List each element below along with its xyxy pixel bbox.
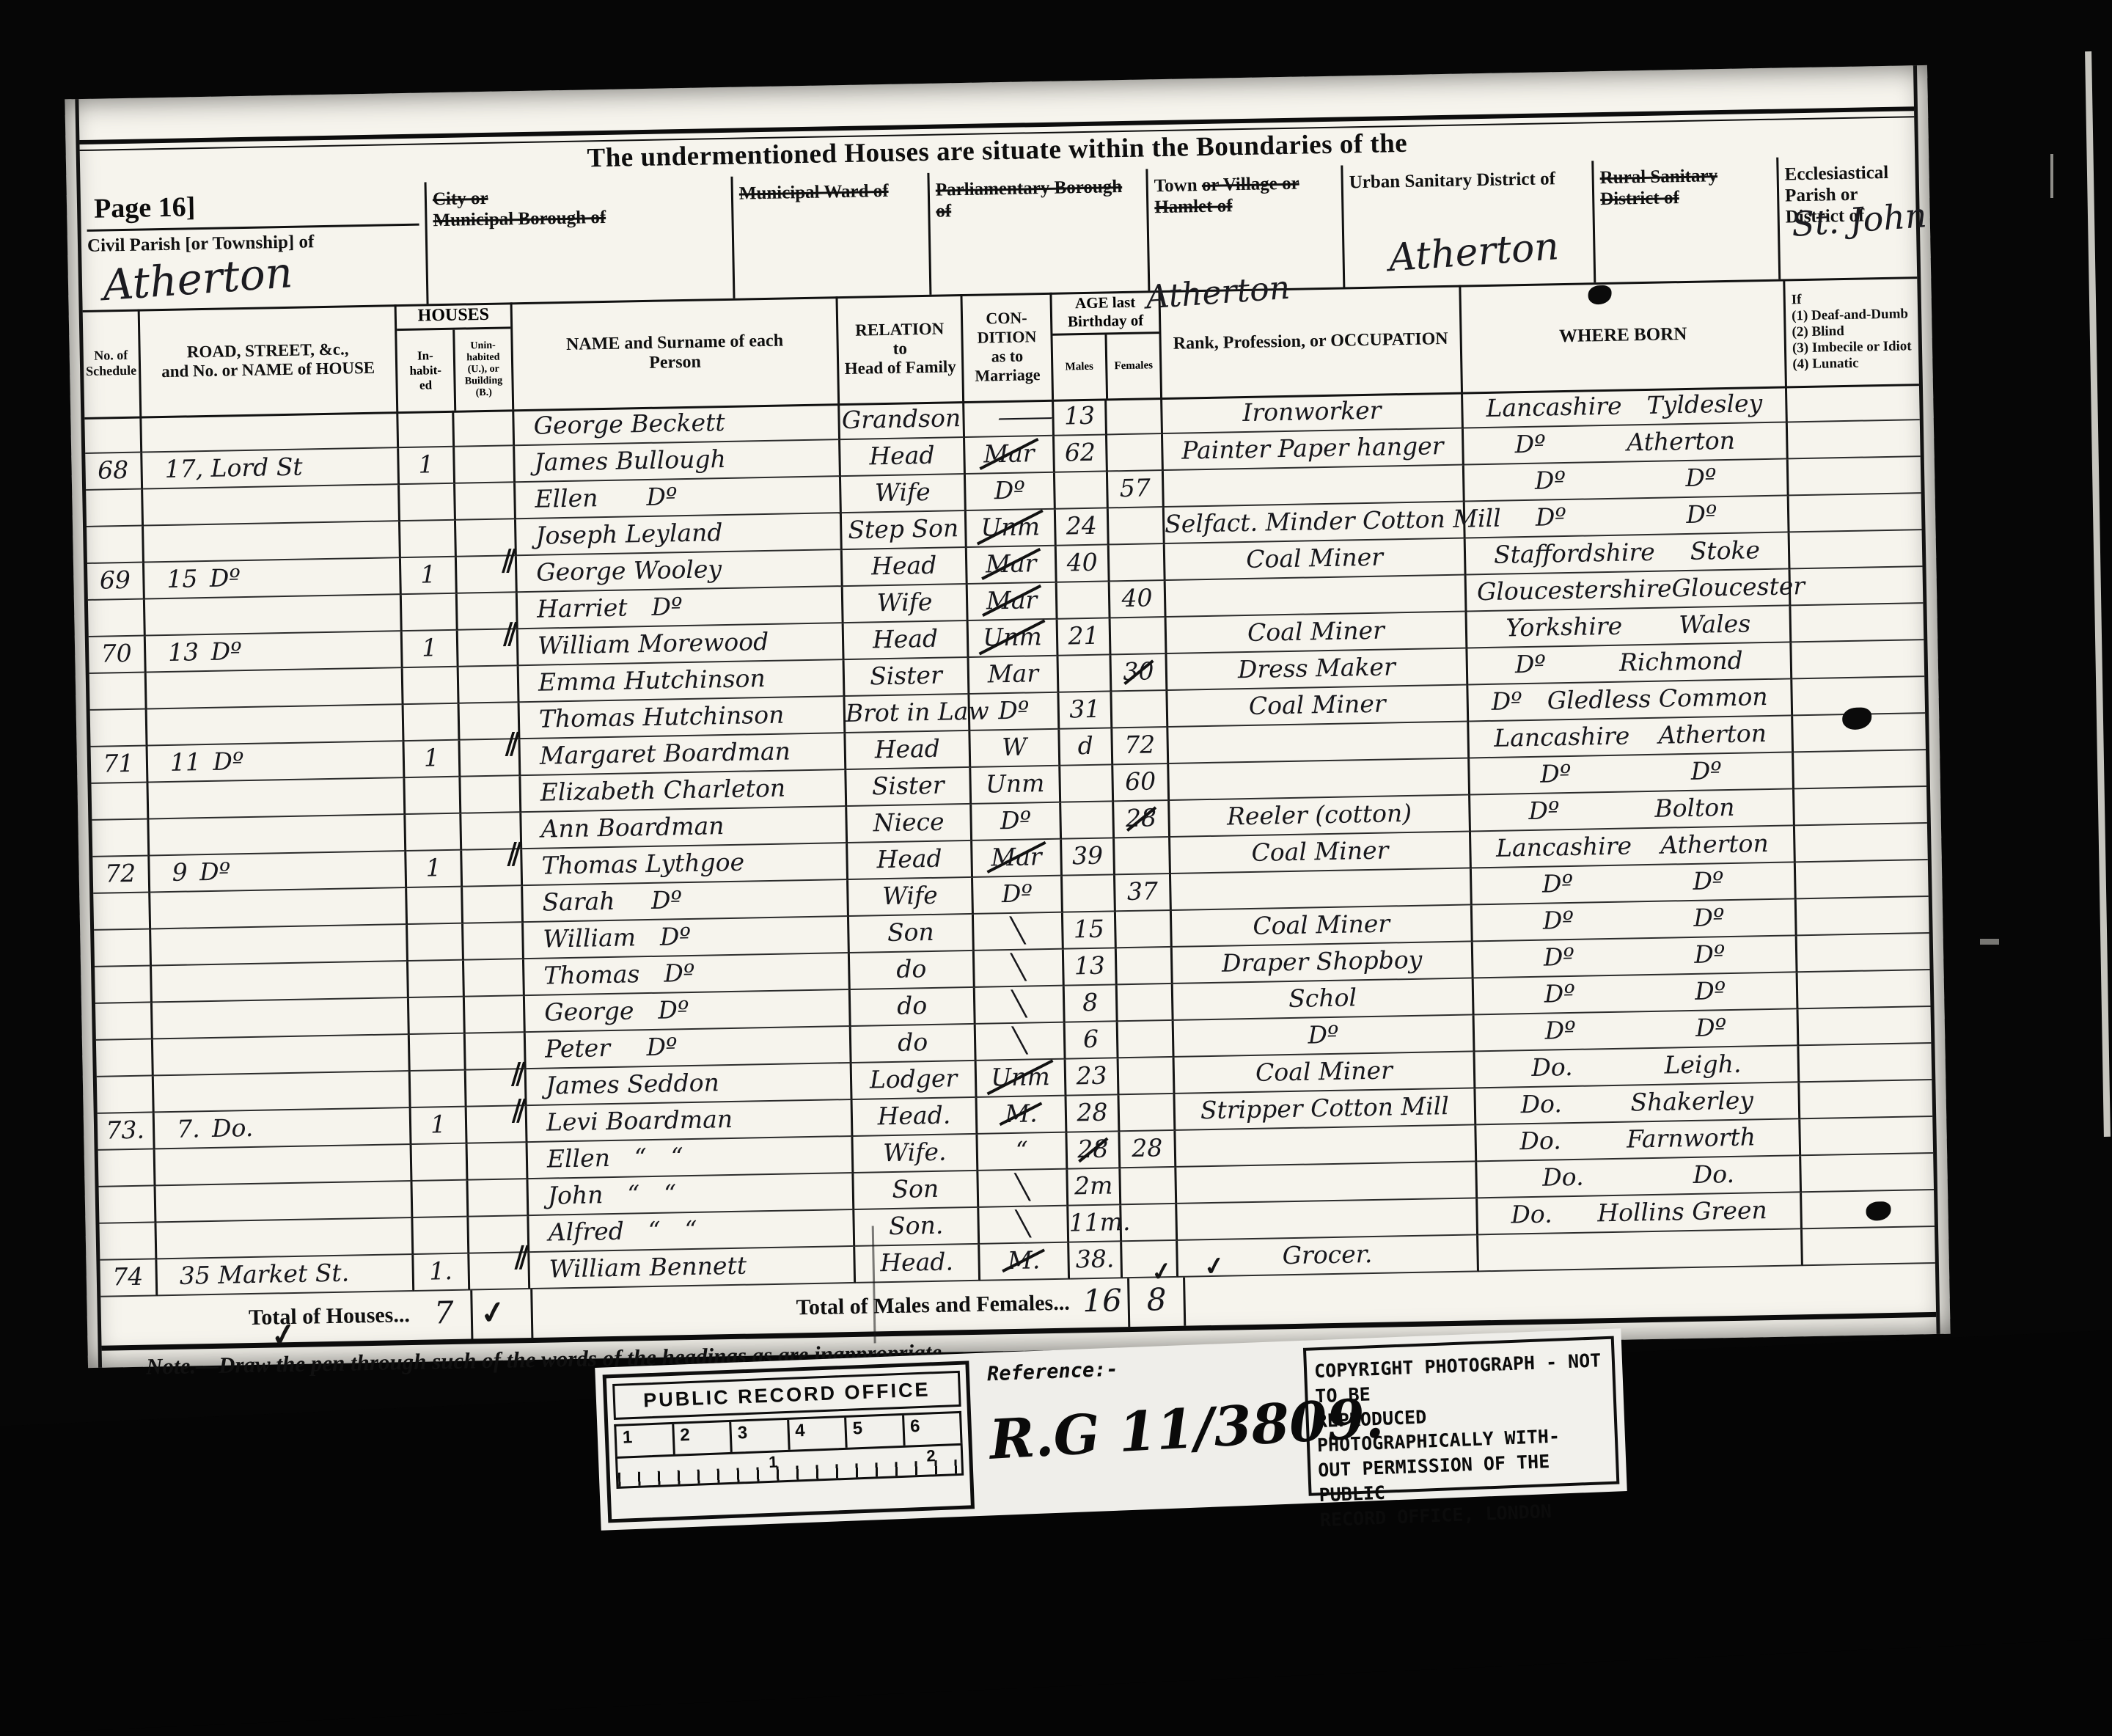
cell-inhabited: [404, 704, 461, 741]
cell-relation: Head: [840, 438, 966, 477]
cell-schedule: [87, 527, 144, 564]
cell-where-born: DºDº: [1474, 973, 1799, 1015]
cell-inhabited: 1: [404, 741, 461, 778]
cell-name: ⫽James Seddon: [527, 1063, 853, 1106]
cell-relation: Head: [844, 621, 969, 660]
condition-value: Dº: [1002, 879, 1033, 908]
cell-schedule: 71: [91, 746, 149, 783]
cell-inhabited: [398, 411, 455, 448]
cell-where-born: DºDº: [1470, 752, 1794, 795]
cell-occupation: Coal Miner: [1165, 539, 1467, 582]
condition-value: Mar: [987, 659, 1038, 688]
ruler-cm-segment: 1: [616, 1424, 675, 1457]
cell-relation: do: [851, 988, 976, 1027]
col-houses-group: HOUSES In- habit- ed Unin- habited (U.),…: [397, 302, 515, 411]
cell-relation: Grandson: [840, 401, 965, 440]
born-county: Dº: [1535, 500, 1566, 536]
household-separator-mark: ⫽: [507, 838, 522, 871]
page-label: Page 16]: [87, 186, 419, 232]
cell-age-males: 8: [1065, 985, 1118, 1022]
cell-occupation: [1177, 1198, 1478, 1241]
district-label-part: Town: [1154, 175, 1203, 196]
condition-value: Mar: [983, 436, 1035, 471]
district-cell-8: Ecclesiastical Parish or District ofSt. …: [1778, 155, 1917, 279]
cell-where-born: YorkshireWales: [1467, 606, 1792, 648]
born-county: Dº: [1543, 940, 1574, 976]
cell-occupation: [1169, 758, 1470, 801]
cell-where-born: LancashireTyldesley: [1463, 386, 1788, 428]
cell-relation: Wife: [848, 878, 974, 917]
cell-schedule: 69: [87, 563, 145, 601]
checkmark: ✓: [1149, 1256, 1174, 1288]
cell-schedule: [99, 1186, 157, 1223]
cell-inhabited: [400, 521, 457, 558]
age-males-value: 31: [1069, 695, 1101, 724]
cell-where-born: DºDº: [1473, 936, 1798, 978]
cell-age-males: 31: [1059, 692, 1112, 729]
district-label-part: or Village or: [1202, 174, 1299, 195]
cell-inhabited: [402, 594, 458, 631]
cell-age-females: [1112, 691, 1168, 728]
born-county: Dº: [1514, 427, 1546, 463]
cell-condition: Dº: [973, 876, 1063, 915]
total-males-value: 16: [1077, 1278, 1130, 1327]
born-county: Dº: [1540, 757, 1572, 793]
col-road: ROAD, STREET, &c., and No. or NAME of HO…: [140, 304, 399, 416]
cell-age-males: 15: [1063, 912, 1117, 949]
cell-schedule: 72: [92, 856, 150, 893]
district-cell-6: Urban Sanitary District ofAtherton: [1343, 161, 1596, 287]
born-place: Farnworth: [1627, 1120, 1756, 1157]
cell-condition: Unm: [967, 510, 1057, 548]
cell-occupation: Reeler (cotton): [1170, 795, 1471, 838]
cell-condition: Unm: [971, 766, 1061, 805]
cell-occupation: Coal Miner: [1175, 1052, 1476, 1094]
cell-name: ⫽Margaret Boardman: [520, 733, 846, 776]
born-county: Gloucestershire: [1477, 571, 1672, 610]
col-uninhabited: Unin- habited (U.), or Building (B.): [455, 329, 512, 410]
cell-condition: Mar: [968, 583, 1058, 621]
born-place: Dº: [1693, 864, 1724, 900]
col-name: NAME and Surname of each Person: [513, 296, 840, 409]
totals-empty-born: [1486, 1266, 1811, 1320]
cell-age-males: 28: [1066, 1095, 1120, 1132]
cell-infirmity: [1801, 1154, 1934, 1193]
district-label-part: Hamlet of: [1154, 196, 1233, 217]
cell-road: [151, 925, 408, 966]
age-males-value: 38.: [1075, 1244, 1114, 1273]
ruler-cm-segment: 5: [846, 1415, 905, 1448]
col-schedule: No. of Schedule: [83, 310, 142, 417]
cell-relation: Head: [846, 731, 971, 770]
born-place: Tyldesley: [1646, 387, 1762, 424]
age-males-value: 23: [1076, 1061, 1107, 1091]
cell-uninhabited: [459, 666, 520, 703]
cell-age-females: [1110, 544, 1166, 582]
cell-age-males: 13: [1054, 398, 1107, 436]
district-handwritten-value: Atherton: [101, 247, 294, 310]
cell-inhabited: [412, 1144, 469, 1182]
cell-schedule: 73.: [98, 1113, 155, 1150]
cell-inhabited: 1: [411, 1107, 468, 1145]
age-females-value: 40: [1121, 583, 1153, 612]
cell-occupation: Stripper Cotton Mill: [1175, 1088, 1476, 1131]
born-place: Richmond: [1619, 644, 1744, 681]
col-relation: RELATION to Head of Family: [837, 294, 964, 403]
district-cell-4: Parliamentary Borough of: [929, 169, 1150, 294]
cell-relation: Step Son: [842, 511, 967, 550]
age-females-value: 72: [1124, 730, 1156, 759]
census-rows: George BeckettGrandson—13IronworkerLanca…: [84, 384, 1935, 1297]
cell-name: Ann Boardman: [521, 807, 848, 849]
district-cell-7: Rural Sanitary District of: [1594, 158, 1781, 283]
total-houses-label: Total of Houses...: [100, 1292, 417, 1346]
age-males-value: 13: [1074, 951, 1105, 981]
district-cell-5: Town or Village orHamlet ofAtherton: [1148, 165, 1345, 290]
born-place: Hollins Green: [1597, 1193, 1767, 1231]
cell-schedule: 68: [85, 453, 143, 491]
cell-where-born: Do.Leigh.: [1475, 1046, 1800, 1088]
cell-uninhabited: [463, 886, 524, 923]
cell-infirmity: [1803, 1227, 1935, 1266]
scan-edge-sliver: [2085, 51, 2111, 1137]
born-place: Dº: [1695, 974, 1726, 1010]
born-county: Dº: [1544, 1014, 1576, 1050]
pro-reference-box: Reference:- R.G 11/3809.: [982, 1349, 1295, 1509]
col-infirmity: If (1) Deaf-and-Dumb (2) Blind (3) Imbec…: [1785, 276, 1919, 386]
cell-schedule: [95, 966, 153, 1003]
cell-where-born: LancashireAtherton: [1471, 826, 1796, 868]
cell-occupation: Coal Miner: [1167, 612, 1468, 654]
condition-value: ╲: [1016, 1209, 1031, 1238]
born-place: Dº: [1694, 937, 1726, 973]
cell-where-born: LancashireAtherton: [1469, 716, 1794, 758]
condition-value: W: [1002, 733, 1027, 762]
cell-occupation: Dº: [1174, 1015, 1475, 1058]
born-county: Do.: [1511, 1198, 1552, 1234]
condition-value: Mar: [986, 546, 1037, 581]
cell-inhabited: [406, 814, 462, 851]
born-county: Staffordshire: [1494, 535, 1656, 574]
cell-age-males: 2m: [1068, 1168, 1121, 1206]
born-place: Wales: [1679, 607, 1751, 643]
cell-condition: M.: [980, 1243, 1070, 1281]
cell-name: Ellen “ “: [528, 1137, 854, 1179]
cell-inhabited: [405, 777, 461, 815]
age-females-value: 28: [1132, 1133, 1163, 1162]
cell-age-females: 30: [1111, 654, 1167, 692]
born-county: Lancashire: [1486, 389, 1622, 427]
age-males-value: d: [1077, 731, 1093, 760]
age-males-value: 13: [1064, 401, 1096, 431]
cell-infirmity: [1789, 457, 1921, 496]
cell-relation: Wife: [843, 585, 969, 623]
cell-where-born: DºBolton: [1470, 789, 1795, 832]
cell-infirmity: [1792, 640, 1924, 679]
cell-road: [156, 1218, 414, 1259]
cell-infirmity: [1800, 1080, 1932, 1119]
cell-name: Thomas Hutchinson: [520, 697, 846, 739]
cell-road: [154, 1072, 411, 1113]
cell-name: ⫽Thomas Lythgoe: [522, 843, 848, 886]
cell-relation: Head: [848, 841, 973, 880]
cell-occupation: Draper Shopboy: [1173, 942, 1474, 984]
cell-condition: Unm: [977, 1060, 1067, 1098]
cell-age-males: 24: [1056, 508, 1110, 546]
district-label: Urban Sanitary District of: [1349, 164, 1586, 194]
cell-road: 7. Do.: [155, 1108, 412, 1149]
cell-age-males: d: [1060, 728, 1113, 766]
born-county: Do.: [1519, 1124, 1561, 1160]
cell-condition: ╲: [976, 1023, 1066, 1061]
born-county: Dº: [1542, 867, 1574, 903]
cell-road: 13 Dº: [146, 631, 403, 673]
cell-name: ⫽William Morewood: [518, 623, 845, 666]
district-cell-2: City or Municipal Borough of: [427, 177, 736, 304]
cell-condition: ╲: [975, 950, 1065, 988]
cell-name: Ellen Dº: [516, 477, 842, 519]
cell-occupation: Coal Miner: [1167, 685, 1469, 728]
cell-condition: Dº: [966, 473, 1056, 511]
cell-infirmity: [1798, 1007, 1931, 1046]
age-females-value: 60: [1125, 766, 1156, 796]
reference-value: R.G 11/3809.: [988, 1392, 1290, 1472]
cell-uninhabited: [468, 1179, 529, 1217]
cell-age-females: [1121, 1168, 1177, 1205]
cell-where-born: DºAtherton: [1464, 422, 1789, 465]
cell-condition: Mar: [969, 656, 1060, 695]
cell-age-males: 62: [1055, 435, 1108, 472]
cell-schedule: [88, 600, 146, 637]
scanned-census-page: The undermentioned Houses are situate wi…: [0, 0, 2112, 1555]
age-males-value: 15: [1073, 915, 1104, 944]
cell-name: Thomas Dº: [524, 953, 851, 996]
cell-condition: W: [970, 730, 1060, 768]
cell-infirmity: [1794, 787, 1927, 826]
cell-relation: do: [851, 1025, 977, 1063]
born-county: Yorkshire: [1506, 609, 1622, 647]
col-males: Males: [1052, 334, 1108, 399]
checkmark: ✓: [268, 1315, 300, 1355]
cell-name: ⫽George Wooley: [517, 550, 843, 593]
cell-age-males: [1063, 875, 1116, 912]
cell-condition: Mar: [965, 436, 1055, 475]
total-mf-label: Total of Males and Females...: [532, 1279, 1077, 1338]
cell-relation: Brot in Law: [845, 695, 970, 733]
cell-where-born: Do.Farnworth: [1476, 1119, 1801, 1162]
ruler-cm-segment: 6: [904, 1413, 961, 1446]
cell-uninhabited: [454, 409, 515, 447]
cell-condition: M.: [978, 1096, 1068, 1135]
cell-inhabited: [413, 1217, 469, 1255]
cell-inhabited: [403, 667, 460, 705]
cell-schedule: [94, 929, 152, 967]
cell-road: [144, 521, 401, 563]
cell-age-males: 21: [1058, 618, 1112, 656]
cell-occupation: Coal Miner: [1172, 905, 1473, 948]
cell-schedule: [97, 1076, 155, 1113]
born-place: Dº: [1695, 1011, 1727, 1047]
cell-relation: Son: [849, 915, 975, 953]
born-county: Dº: [1543, 904, 1574, 940]
cell-where-born: DºRichmond: [1467, 642, 1792, 685]
cell-uninhabited: [463, 923, 524, 960]
cell-where-born: DºDº: [1473, 899, 1797, 942]
cell-occupation: Schol: [1173, 978, 1475, 1021]
born-place: Leigh.: [1664, 1047, 1742, 1084]
cell-age-females: [1119, 1094, 1176, 1132]
cell-occupation: [1164, 466, 1465, 508]
condition-value: Unm: [991, 1060, 1050, 1094]
cell-occupation: [1166, 576, 1467, 618]
cell-condition: ╲: [974, 913, 1064, 951]
born-county: Dº: [1528, 794, 1560, 829]
cell-where-born: [1478, 1229, 1803, 1272]
household-separator-mark: ⫽: [503, 618, 518, 651]
cell-name: Joseph Leyland: [516, 513, 843, 556]
cell-name: Harriet Dº: [518, 587, 844, 629]
cell-infirmity: [1787, 384, 1920, 422]
cell-schedule: 74: [100, 1259, 158, 1297]
cell-relation: do: [850, 951, 975, 990]
cell-age-females: [1121, 1204, 1178, 1242]
cell-road: [153, 998, 410, 1039]
cell-name: George Dº: [525, 990, 851, 1033]
cell-infirmity: [1796, 860, 1929, 899]
cell-infirmity: [1799, 1044, 1932, 1083]
age-females-value: 28: [1126, 801, 1157, 835]
district-label: Parliamentary Borough of: [935, 172, 1140, 223]
cell-infirmity: [1800, 1117, 1933, 1156]
cell-schedule: 70: [89, 637, 147, 674]
cell-inhabited: [411, 1071, 467, 1108]
cell-road: 17, Lord St: [142, 448, 400, 489]
cell-age-males: 39: [1062, 838, 1115, 876]
cell-inhabited: [408, 961, 465, 998]
cell-schedule: [91, 783, 149, 820]
checkmark: ✓: [1202, 1250, 1227, 1283]
cell-infirmity: [1794, 750, 1926, 789]
cell-uninhabited: [465, 996, 526, 1033]
cell-age-females: [1119, 1058, 1176, 1095]
cell-road: 11 Dº: [148, 741, 406, 783]
cell-road: [153, 1035, 411, 1076]
cell-name: ⫽William Bennett: [529, 1247, 856, 1289]
cell-age-females: [1111, 618, 1167, 655]
cell-condition: ╲: [978, 1170, 1068, 1208]
cell-age-females: 28: [1120, 1131, 1176, 1168]
cell-road: [147, 705, 405, 746]
cell-inhabited: [400, 484, 456, 521]
cell-schedule: [84, 417, 142, 454]
born-county: Do.: [1531, 1050, 1573, 1086]
born-place: Do.: [1693, 1157, 1734, 1193]
cell-occupation: Painter Paper hanger: [1163, 429, 1464, 472]
cell-where-born: Do.Hollins Green: [1478, 1193, 1803, 1235]
cell-age-males: 38.: [1069, 1242, 1123, 1279]
totals-empty-infirmity: [1810, 1264, 1936, 1314]
condition-value: Unm: [983, 620, 1042, 654]
cell-age-males: 6: [1066, 1022, 1119, 1059]
cell-occupation: [1168, 722, 1470, 764]
cell-inhabited: 1: [401, 557, 458, 595]
born-place: Gledless Common: [1547, 680, 1768, 719]
born-place: Bolton: [1654, 791, 1735, 827]
district-label: City or Municipal Borough of: [433, 180, 726, 232]
age-males-value: 2m: [1074, 1171, 1113, 1200]
age-females-value: 37: [1127, 876, 1159, 906]
col-females: Females: [1107, 334, 1160, 398]
col-condition: CON- DITION as to Marriage: [962, 293, 1054, 401]
cell-age-males: [1060, 765, 1114, 802]
cell-condition: “: [978, 1133, 1068, 1171]
cell-schedule: [95, 1003, 153, 1040]
age-males-value: 8: [1082, 988, 1099, 1017]
condition-value: ╲: [1011, 916, 1026, 945]
born-place: Atherton: [1658, 717, 1767, 754]
cell-road: [156, 1182, 414, 1223]
born-county: Dº: [1491, 684, 1522, 720]
born-place: Dº: [1690, 754, 1722, 790]
cell-age-females: 37: [1115, 874, 1172, 912]
cell-where-born: Do.Do.: [1477, 1156, 1802, 1198]
condition-value: Dº: [1000, 805, 1032, 835]
cell-road: [149, 815, 406, 856]
cell-name: Alfred “ “: [529, 1210, 855, 1253]
district-cell-3: Municipal Ward of: [733, 173, 931, 299]
born-county: Dº: [1535, 464, 1566, 499]
condition-value: ╲: [1011, 989, 1027, 1018]
district-handwritten-value: Atherton: [1387, 224, 1561, 280]
cell-where-born: Do.Shakerley: [1475, 1083, 1800, 1125]
cell-where-born: DºGledless Common: [1468, 679, 1793, 722]
cell-infirmity: [1788, 420, 1921, 459]
condition-value: “: [1016, 1136, 1029, 1165]
cell-inhabited: 1: [403, 631, 459, 668]
cell-infirmity: [1791, 567, 1924, 606]
cell-condition: Dº: [969, 693, 1060, 731]
condition-value: —: [996, 400, 1055, 434]
born-county: Do.: [1520, 1087, 1562, 1123]
cell-schedule: [99, 1223, 157, 1260]
cell-road: [150, 888, 408, 929]
total-houses-value: 7: [417, 1291, 473, 1340]
condition-value: Unm: [986, 769, 1045, 798]
cell-age-males: 11m.: [1068, 1205, 1122, 1242]
age-males-value: 40: [1066, 548, 1098, 577]
born-county: Lancashire: [1494, 719, 1630, 756]
cell-name: James Bullough: [515, 440, 841, 483]
cell-relation: Head: [843, 548, 968, 587]
cell-age-males: 23: [1066, 1058, 1120, 1096]
cell-name: John “ “: [528, 1173, 854, 1216]
condition-value: Mar: [986, 583, 1038, 618]
born-county: Dº: [1544, 977, 1575, 1013]
cell-road: 9 Dº: [150, 851, 407, 893]
cell-relation: Head.: [853, 1098, 978, 1137]
cell-name: ⫽Levi Boardman: [527, 1100, 854, 1143]
cell-age-females: [1107, 434, 1164, 472]
cell-inhabited: 1: [399, 447, 455, 485]
cell-road: [143, 485, 400, 526]
cell-where-born: DºDº: [1472, 862, 1797, 905]
born-county: Do.: [1542, 1160, 1584, 1196]
cell-age-females: [1107, 398, 1163, 435]
ruler-cm-segment: 3: [731, 1420, 790, 1452]
cell-road: [145, 595, 403, 636]
cell-schedule: [86, 490, 144, 527]
col-age-group: AGE last Birthday of Males Females: [1052, 290, 1162, 400]
